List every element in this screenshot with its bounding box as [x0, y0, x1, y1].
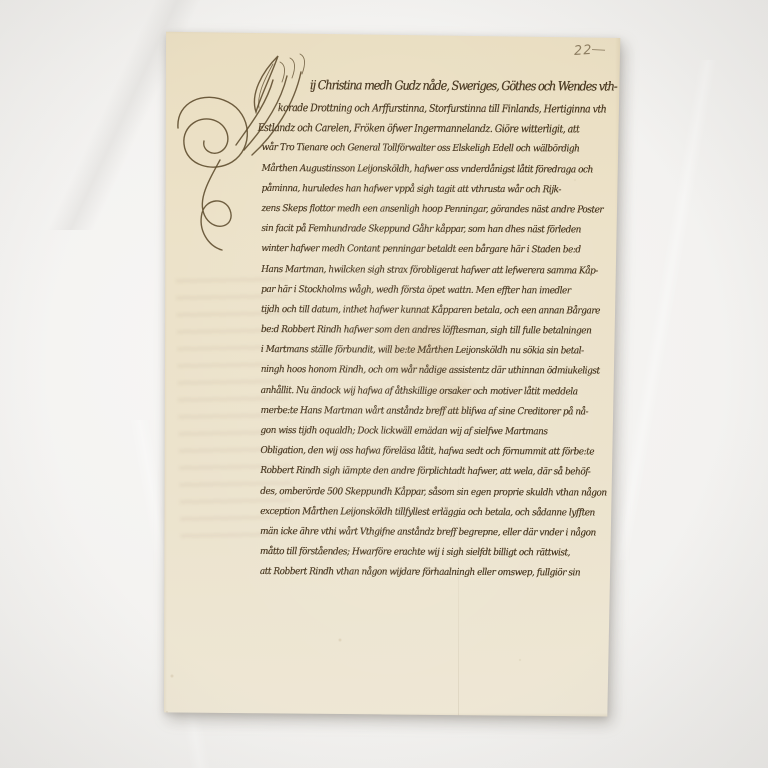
manuscript-line: merbe:te Hans Martman wårt anståndz bref…: [260, 401, 591, 423]
manuscript-line: wår Tro Tienare och General Tollförwalte…: [262, 138, 593, 160]
manuscript-line: att Robbert Rindh vthan någon wijdare fö…: [260, 562, 591, 584]
manuscript-line: zens Skeps flottor medh een ansenligh ho…: [261, 199, 592, 221]
manuscript-line: des, omberörde 500 Skeppundh Kåppar, sås…: [260, 482, 591, 504]
manuscript-line: ij Christina medh Gudz nåde, Sweriges, G…: [310, 74, 587, 99]
manuscript-line: Robbert Rindh sigh iämpte den andre förp…: [260, 461, 591, 483]
manuscript-line: tijdh och till datum, inthet hafwer kunn…: [261, 300, 592, 322]
manuscript-line: måtto till förståendes; Hwarföre erachte…: [260, 542, 591, 564]
manuscript-line: Mårthen Augustinsson Leijonsköldh, hafwe…: [262, 159, 593, 181]
manuscript-sheet: 22 ij Christina medh Gudz nåde, Sweriges…: [160, 28, 624, 720]
pencil-page-number-text: 22: [574, 43, 594, 59]
manuscript-line: sin facit på Femhundrade Skeppund Gåhr k…: [261, 219, 592, 241]
photo-backdrop: 22 ij Christina medh Gudz nåde, Sweriges…: [0, 0, 768, 768]
manuscript-line: exception Mårthen Leijonsköldh tillfylle…: [260, 502, 591, 524]
manuscript-line: winter hafwer medh Contant penningar bet…: [261, 239, 592, 261]
manuscript-line: Obligation, den wij oss hafwa föreläsa l…: [260, 441, 591, 463]
manuscript-line: par här i Stockholms wågh, wedh första ö…: [261, 280, 592, 302]
manuscript-line: män icke ähre vthi wårt Vthgifne anstånd…: [260, 522, 591, 544]
manuscript-page: 22 ij Christina medh Gudz nåde, Sweriges…: [160, 28, 624, 720]
manuscript-line: anhållit. Nu ändock wij hafwa af åthskil…: [261, 381, 592, 403]
manuscript-line: Estlandz och Carelen, Fröken öfwer Inger…: [258, 118, 575, 140]
manuscript-line: be:d Robbert Rindh hafwer som den andres…: [261, 320, 592, 342]
manuscript-line: påminna, huruledes han hafwer vppå sigh …: [261, 179, 592, 201]
manuscript-line: gon wiss tijdh oqualdh; Dock lickwäll em…: [260, 421, 591, 443]
manuscript-line: i Martmans ställe förbundit, will be:te …: [261, 340, 592, 362]
pencil-page-number: 22: [574, 42, 606, 59]
manuscript-line: Hans Martman, hwilcken sigh strax förobl…: [261, 260, 592, 282]
manuscript-line: ningh hoos honom Rindh, och om wår nådig…: [261, 360, 592, 382]
pencil-flick: [592, 44, 605, 51]
manuscript-line: korade Drottning och Arffurstinna, Storf…: [278, 98, 577, 119]
manuscript-text: ij Christina medh Gudz nåde, Sweriges, G…: [256, 74, 618, 584]
